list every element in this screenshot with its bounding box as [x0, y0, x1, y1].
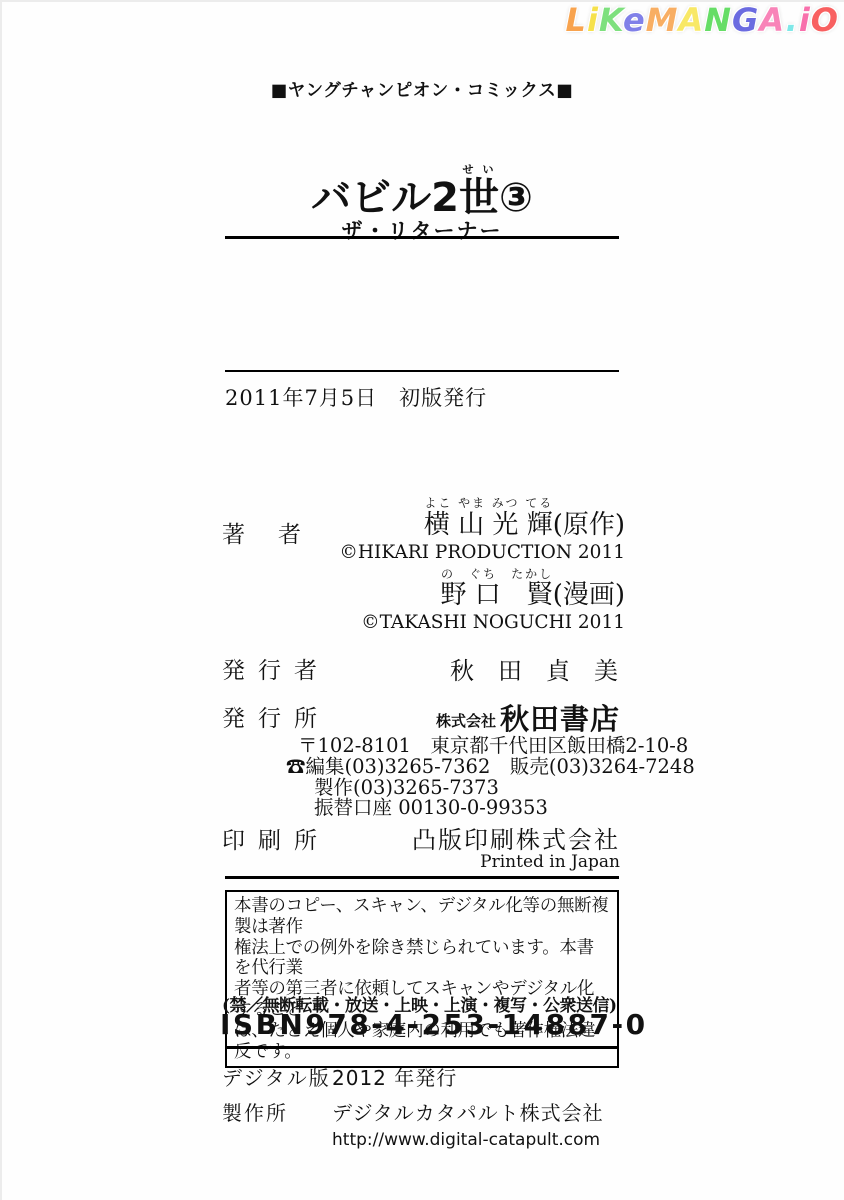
divider-printer-bottom: [225, 876, 619, 879]
copyright-noguchi: ©TAKASHI NOGUCHI 2011: [339, 612, 625, 634]
author-artist-name: 野 口 賢: [440, 580, 552, 610]
digital-edition-block: デジタル版 2012 年発行 製作所 デジタルカタパルト株式会社 http://…: [222, 1062, 604, 1150]
digital-studio-name: デジタルカタパルト株式会社: [332, 1097, 604, 1126]
logo-letter: O: [811, 1, 839, 39]
colophon-page: LiKeMANGA.iO ■ヤングチャンピオン・コミックス■ バビル2世せい③ …: [0, 0, 844, 1200]
divider-title: [225, 236, 619, 239]
logo-letter: A: [759, 1, 785, 39]
series-header: ■ヤングチャンピオン・コミックス■: [0, 77, 844, 102]
edition-date: 2011年7月5日 初版発行: [225, 382, 487, 412]
author-original-role: (原作): [553, 510, 625, 540]
digital-studio-label: 製作所: [222, 1097, 332, 1126]
author-artist-role: (漫画): [553, 580, 625, 610]
publisher-label: 発行者: [222, 652, 330, 685]
author-artist-furigana: の ぐち たかし: [440, 567, 552, 581]
copyright-notice-box: 本書のコピー、スキャン、デジタル化等の無断複製は著作 権法上での例外を除き禁じら…: [225, 890, 619, 1068]
printer-name: 凸版印刷株式会社: [412, 820, 620, 855]
logo-letter: N: [704, 1, 732, 39]
isbn-number: ISBN978-4-253-14887-0: [220, 1008, 648, 1041]
digital-studio-url: http://www.digital-catapult.com: [332, 1130, 604, 1150]
logo-letter: .: [786, 1, 799, 39]
logo-letter: G: [732, 1, 759, 39]
publisher-phone-line: ☎編集(03)3265-7362 販売(03)3264-7248: [286, 757, 695, 778]
digital-studio-row: 製作所 デジタルカタパルト株式会社: [222, 1097, 604, 1126]
site-logo[interactable]: LiKeMANGA.iO: [566, 1, 839, 39]
logo-letter: i: [587, 1, 599, 39]
logo-letter: K: [599, 1, 623, 39]
title-volume-number: ③: [499, 175, 533, 221]
title-ruby: 世せい: [459, 175, 499, 221]
copyright-hikari: ©HIKARI PRODUCTION 2011: [339, 542, 625, 564]
author-artist: 野 口 賢の ぐち たかし(漫画): [339, 567, 625, 610]
logo-letter: A: [679, 1, 705, 39]
publisher-production-phone: 製作(03)3265-7373: [286, 778, 695, 799]
publishing-house-label: 発行所: [222, 700, 330, 733]
publishing-house-corp-type: 株式会社: [436, 712, 496, 730]
copyright-notice-line: 本書のコピー、スキャン、デジタル化等の無断複製は著作: [234, 896, 610, 938]
book-title: バビル2世せい③: [0, 163, 844, 218]
author-original-furigana: よこ やま みつ てる: [424, 496, 553, 510]
printer-label: 印刷所: [222, 822, 330, 855]
author-artist-ruby: 野 口 賢の ぐち たかし: [440, 580, 552, 610]
divider-date-top: [225, 370, 619, 372]
printed-in-japan: Printed in Japan: [480, 852, 620, 872]
publisher-name: 秋 田 貞 美: [450, 651, 618, 686]
author-original-name: 横 山 光 輝: [424, 510, 553, 540]
digital-edition-label: デジタル版: [222, 1062, 332, 1091]
logo-letter: M: [646, 1, 679, 39]
logo-letter: i: [799, 1, 811, 39]
title-furigana: せい: [459, 163, 499, 176]
divider-isbn-bottom: [225, 1046, 619, 1049]
title-block: バビル2世せい③ ザ・リターナー: [0, 163, 844, 242]
digital-edition-year: 2012 年発行: [332, 1062, 457, 1091]
publisher-address-block: 〒102-8101 東京都千代田区飯田橋2-10-8 ☎編集(03)3265-7…: [286, 736, 695, 819]
publisher-transfer-account: 振替口座 00130-0-99353: [286, 798, 695, 819]
author-original: 横 山 光 輝よこ やま みつ てる(原作): [339, 496, 625, 540]
publisher-postal-address: 〒102-8101 東京都千代田区飯田橋2-10-8: [286, 736, 695, 757]
digital-edition-row: デジタル版 2012 年発行: [222, 1062, 604, 1091]
title-prefix: バビル2: [311, 175, 459, 221]
publishing-house: 株式会社秋田書店: [436, 697, 620, 738]
publishing-house-name: 秋田書店: [500, 702, 620, 736]
logo-letter: e: [623, 1, 646, 39]
title-ruby-base: 世: [459, 175, 499, 221]
author-block: 横 山 光 輝よこ やま みつ てる(原作) ©HIKARI PRODUCTIO…: [339, 496, 625, 638]
author-original-ruby: 横 山 光 輝よこ やま みつ てる: [424, 510, 553, 540]
author-label: 著者: [222, 516, 334, 549]
logo-letter: L: [566, 1, 587, 39]
copyright-notice-line: 権法上での例外を除き禁じられています。本書を代行業: [234, 938, 610, 980]
